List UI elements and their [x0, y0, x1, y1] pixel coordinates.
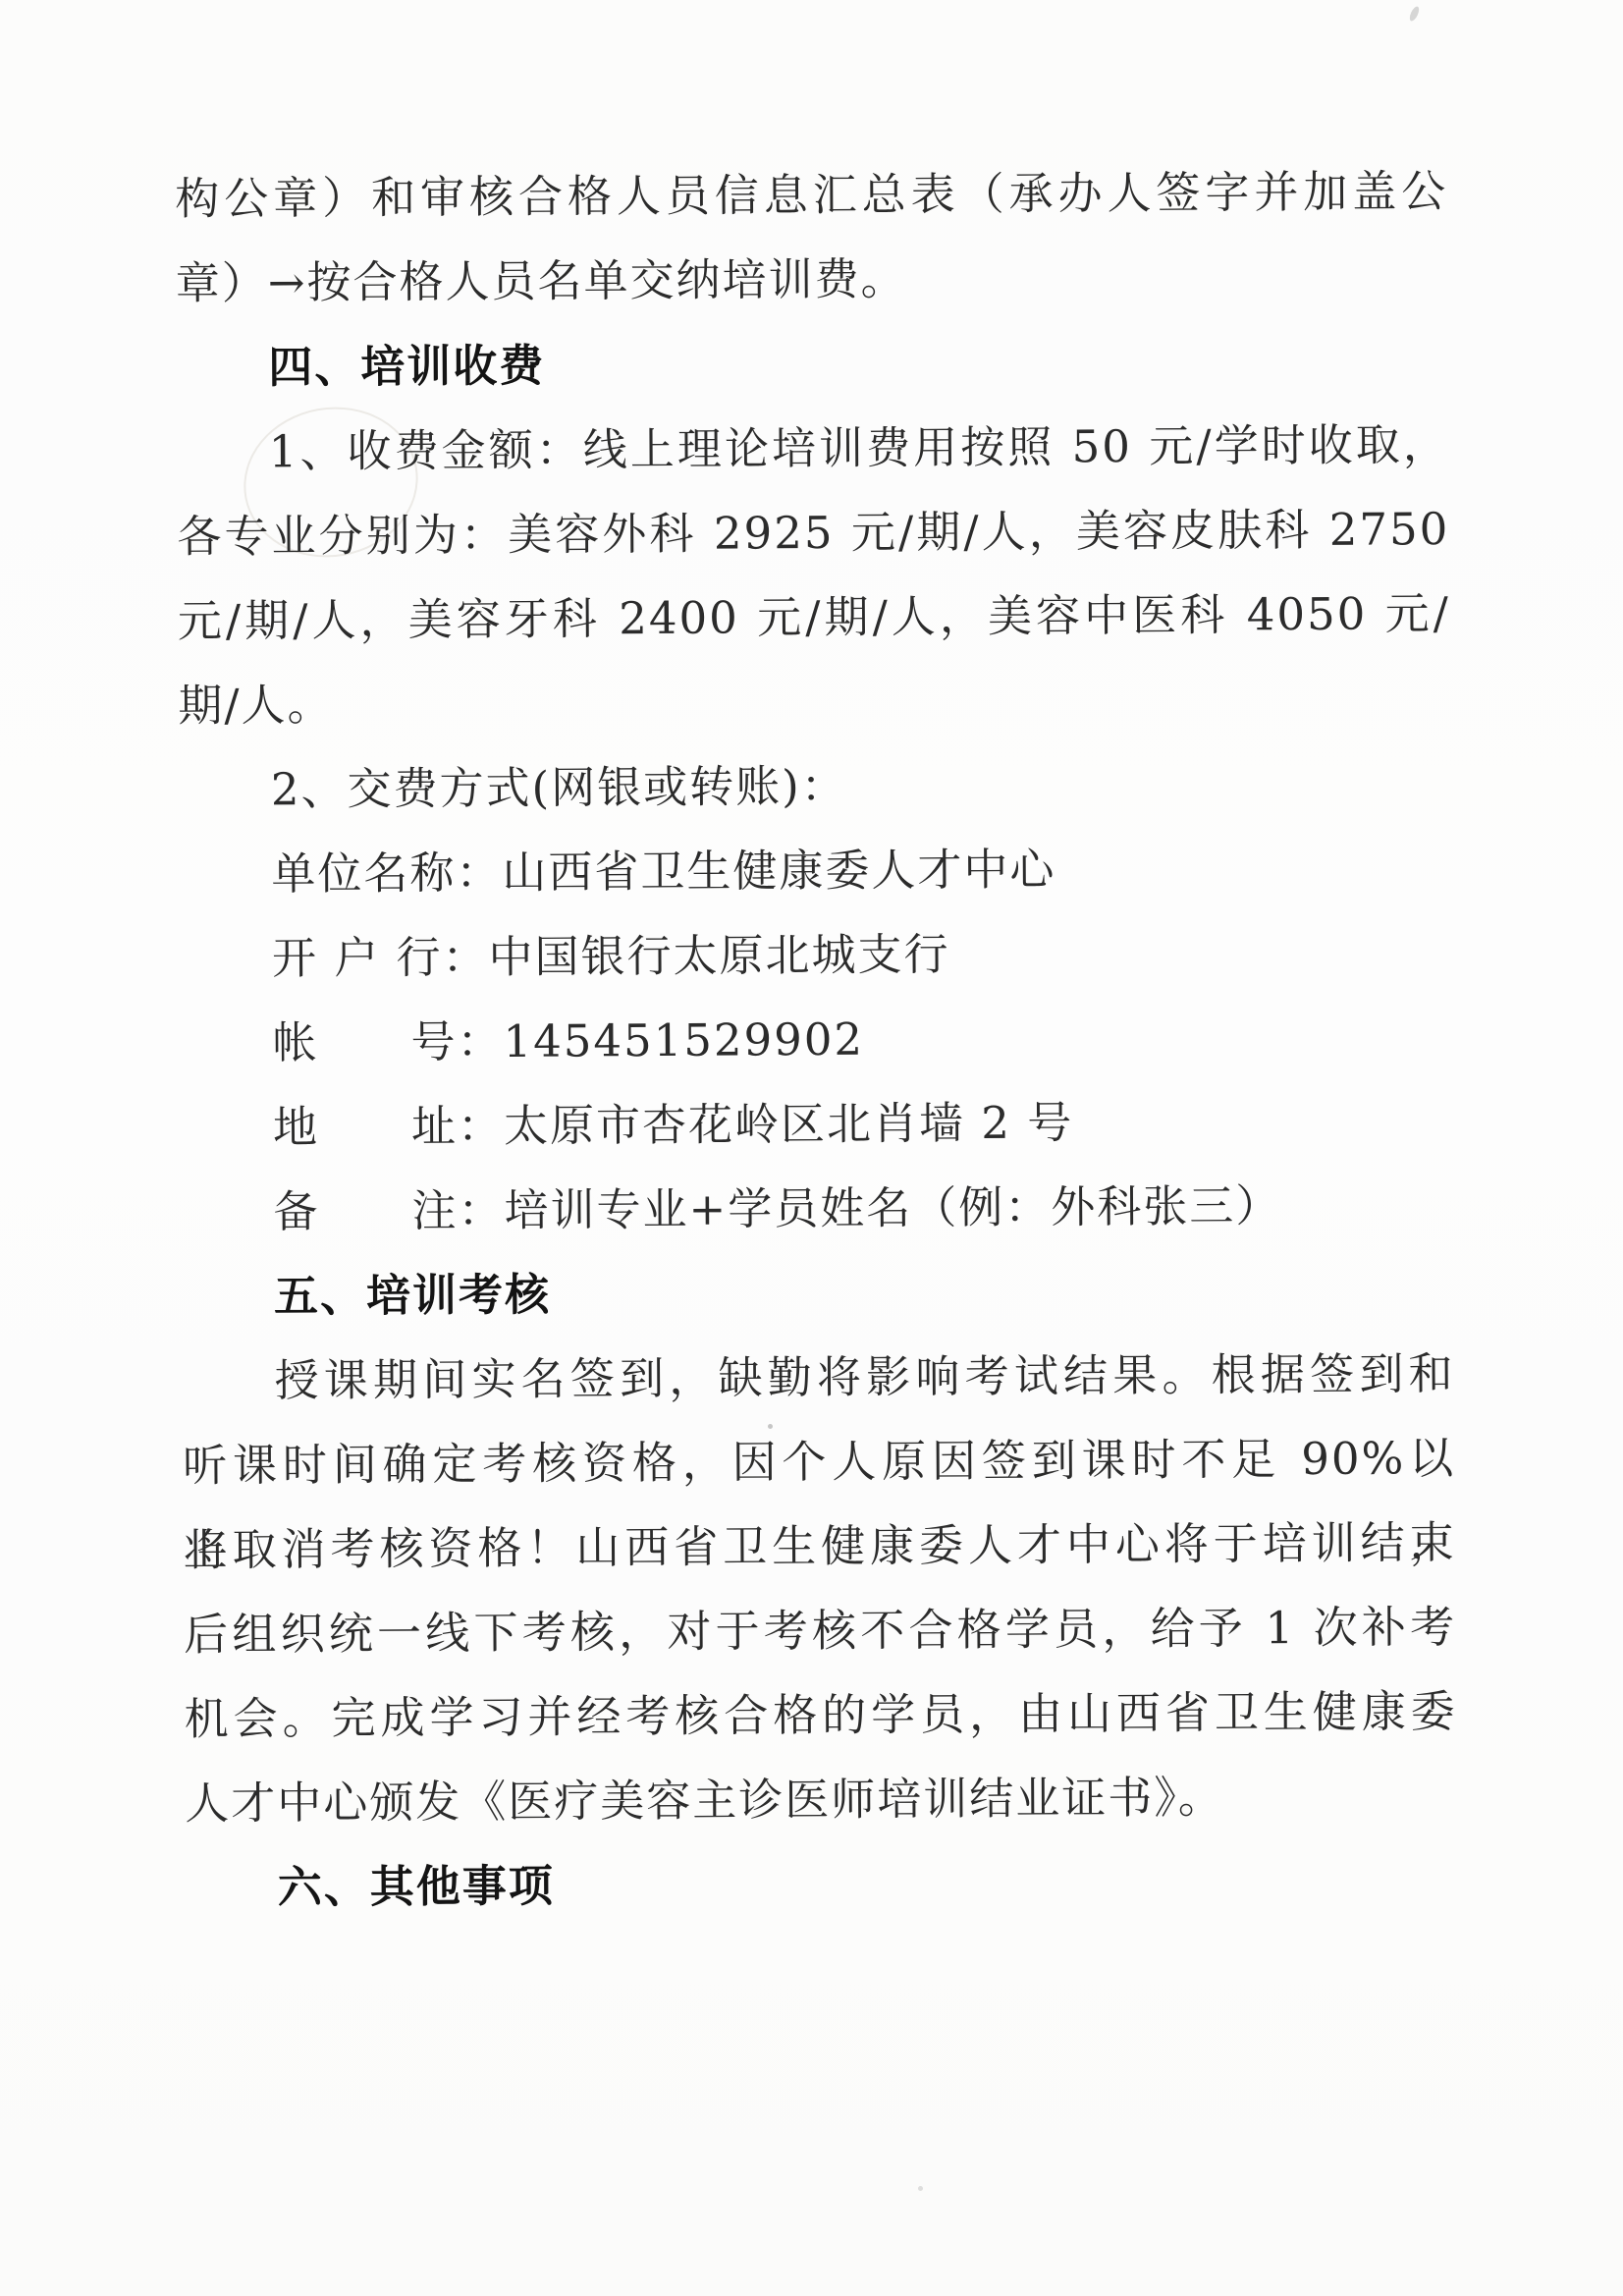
- heading-section-four-training-fees: 四、培训收费: [176, 318, 1449, 410]
- line-payment-method: 2、交费方式(网银或转账)：: [179, 740, 1452, 833]
- line-cont-stamp-1: 构公章）和审核合格人员信息汇总表（承办人签字并加盖公: [175, 149, 1448, 242]
- line-bank-branch: 开 户 行：中国银行太原北城支行: [180, 909, 1453, 1002]
- line-cont-stamp-2: 章）→按合格人员名单交纳培训费。: [176, 234, 1449, 326]
- line-fee-amount-2: 各专业分别为：美容外科 2925 元/期/人，美容皮肤科 2750: [177, 487, 1450, 579]
- line-bank-unit-name: 单位名称：山西省卫生健康委人才中心: [179, 825, 1452, 917]
- line-assessment-5: 机会。完成学习并经考核合格的学员，由山西省卫生健康委: [184, 1669, 1457, 1762]
- line-fee-amount-1: 1、收费金额：线上理论培训费用按照 50 元/学时收取，: [177, 403, 1450, 495]
- line-bank-address: 地 址：太原市杏花岭区北肖墙 2 号: [181, 1078, 1454, 1171]
- line-assessment-3: 将取消考核资格！山西省卫生健康委人才中心将于培训结束: [183, 1501, 1456, 1593]
- line-assessment-1: 授课期间实名签到，缺勤将影响考试结果。根据签到和: [182, 1332, 1455, 1424]
- line-assessment-2: 听课时间确定考核资格，因个人原因签到课时不足 90%以上，: [183, 1416, 1456, 1508]
- heading-section-six-other-matters: 六、其他事项: [186, 1838, 1459, 1931]
- line-assessment-4: 后组织统一线下考核，对于考核不合格学员，给予 1 次补考: [184, 1585, 1457, 1677]
- line-bank-account-number: 帐 号：145451529902: [180, 994, 1453, 1086]
- heading-section-five-training-assessment: 五、培训考核: [182, 1247, 1455, 1339]
- line-assessment-6: 人才中心颁发《医疗美容主诊医师培训结业证书》。: [185, 1754, 1458, 1846]
- scan-artifact-speck: [918, 2186, 923, 2191]
- scanned-document-page: 构公章）和审核合格人员信息汇总表（承办人签字并加盖公 章）→按合格人员名单交纳培…: [0, 0, 1623, 2296]
- line-fee-amount-3: 元/期/人，美容牙科 2400 元/期/人，美容中医科 4050 元/: [178, 572, 1451, 664]
- scan-artifact-speck: [1408, 5, 1421, 22]
- line-bank-remark: 备 注：培训专业+学员姓名（例：外科张三）: [181, 1163, 1454, 1255]
- document-text-block: 构公章）和审核合格人员信息汇总表（承办人签字并加盖公 章）→按合格人员名单交纳培…: [175, 149, 1458, 1931]
- line-fee-amount-4: 期/人。: [178, 656, 1451, 748]
